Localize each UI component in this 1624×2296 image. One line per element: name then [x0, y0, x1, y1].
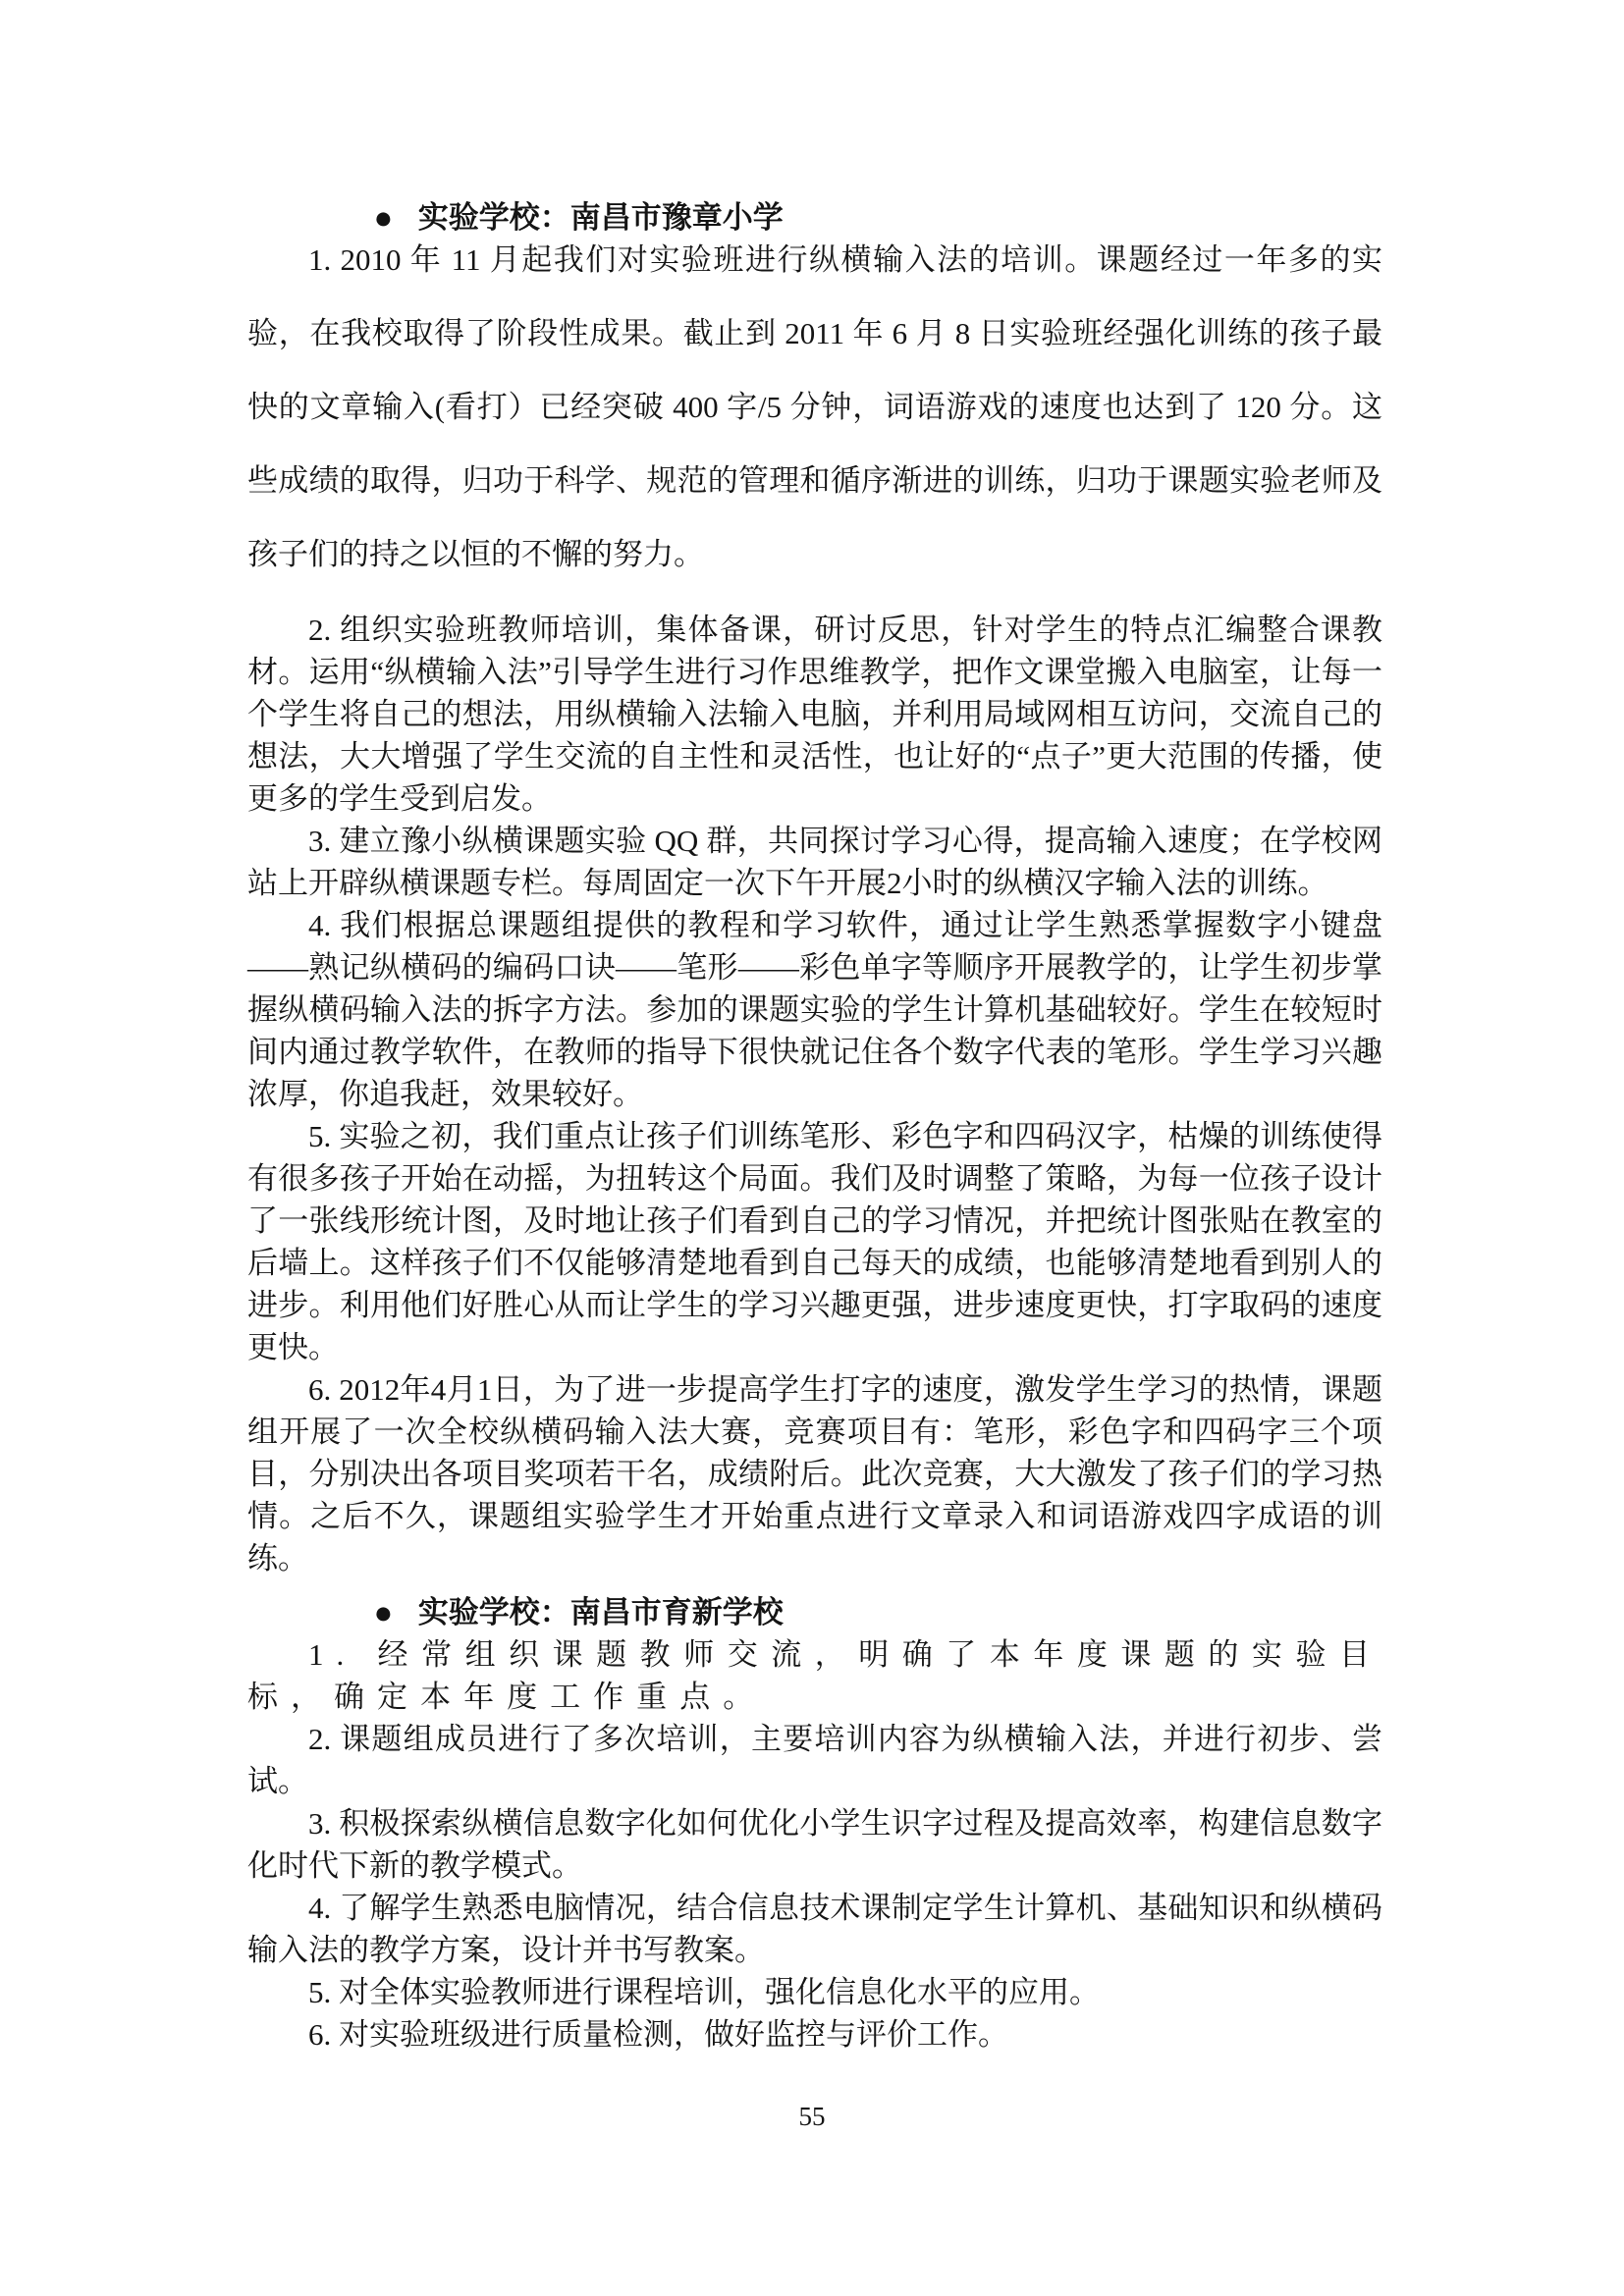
- bullet-icon: ●: [374, 195, 394, 240]
- document-page: ●实验学校：南昌市豫章小学 1. 2010 年 11 月起我们对实验班进行纵横输…: [0, 0, 1624, 2296]
- paragraph: 5. 对全体实验教师进行课程培训，强化信息化水平的应用。: [247, 1971, 1382, 2013]
- paragraph: 2. 课题组成员进行了多次培训，主要培训内容为纵横输入法，并进行初步、尝试。: [247, 1718, 1382, 1802]
- document-content: ●实验学校：南昌市豫章小学 1. 2010 年 11 月起我们对实验班进行纵横输…: [247, 196, 1382, 2056]
- paragraph: 6. 对实验班级进行质量检测，做好监控与评价工作。: [247, 2013, 1382, 2056]
- section-title: 实验学校：南昌市育新学校: [418, 1595, 784, 1629]
- paragraph: 5. 实验之初，我们重点让孩子们训练笔形、彩色字和四码汉字，枯燥的训练使得有很多…: [247, 1115, 1382, 1368]
- paragraph: 1. 2010 年 11 月起我们对实验班进行纵横输入法的培训。课题经过一年多的…: [247, 223, 1382, 591]
- paragraph: 3. 建立豫小纵横课题实验 QQ 群，共同探讨学习心得，提高输入速度；在学校网站…: [247, 820, 1382, 904]
- bullet-icon: ●: [374, 1590, 394, 1634]
- paragraph: 4. 了解学生熟悉电脑情况，结合信息技术课制定学生计算机、基础知识和纵横码输入法…: [247, 1887, 1382, 1971]
- paragraph: 3. 积极探索纵横信息数字化如何优化小学生识字过程及提高效率，构建信息数字化时代…: [247, 1802, 1382, 1887]
- paragraph: 4. 我们根据总课题组提供的教程和学习软件，通过让学生熟悉掌握数字小键盘——熟记…: [247, 904, 1382, 1115]
- page-number: 55: [0, 2102, 1624, 2131]
- section-header-yuxin: ●实验学校：南昌市育新学校: [374, 1591, 1382, 1633]
- paragraph: 1. 经常组织课题教师交流，明确了本年度课题的实验目标，确定本年度工作重点。: [247, 1633, 1382, 1718]
- paragraph: 6. 2012年4月1日，为了进一步提高学生打字的速度，激发学生学习的热情，课题…: [247, 1368, 1382, 1579]
- paragraph: 2. 组织实验班教师培训，集体备课，研讨反思，针对学生的特点汇编整合课教材。运用…: [247, 609, 1382, 820]
